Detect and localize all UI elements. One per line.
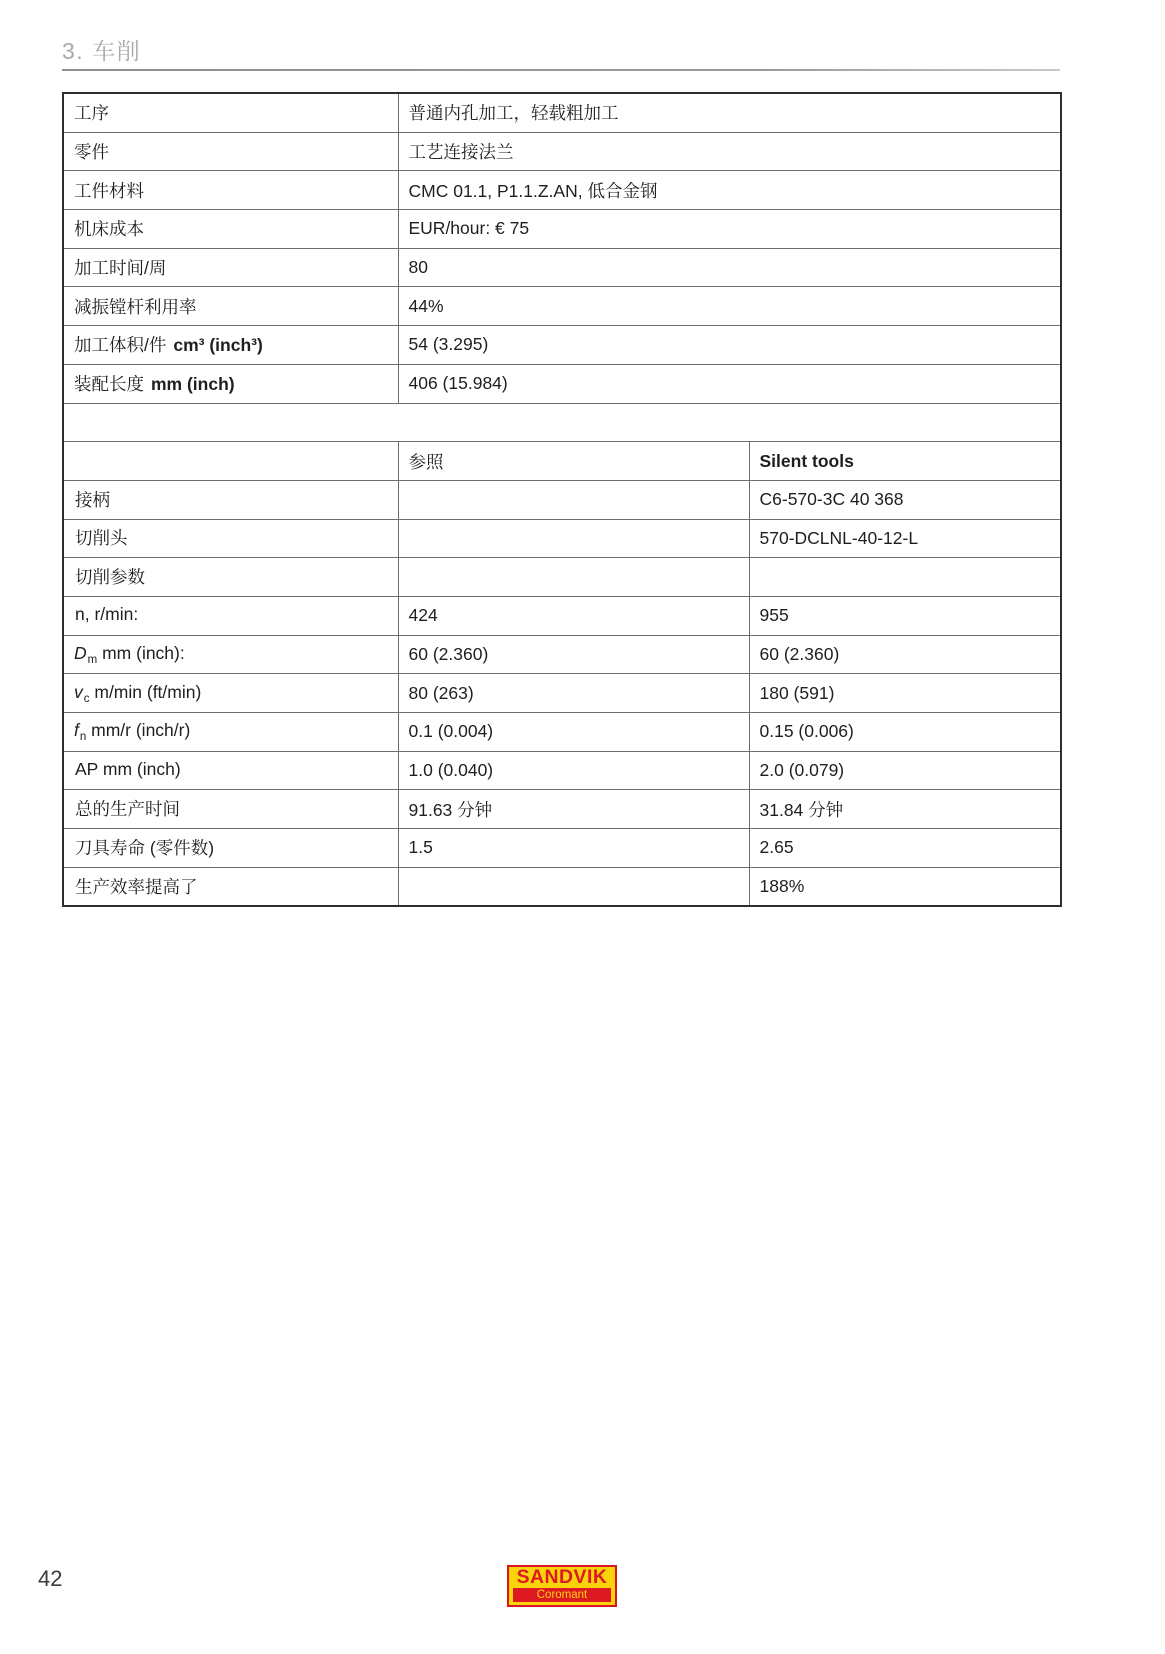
label-subscript: m: [88, 654, 98, 666]
label-text: 加工体积/件: [74, 335, 166, 355]
label-symbol: f: [74, 720, 79, 740]
table-row: 接柄 C6-570-3C 40 368: [63, 480, 1061, 519]
label-text: mm/r (inch/r): [86, 720, 190, 740]
silent-tools-value: 188%: [749, 867, 1061, 906]
row-label: vc m/min (ft/min): [63, 674, 398, 713]
row-value: 工艺连接法兰: [398, 132, 1061, 171]
reference-value: [398, 480, 749, 519]
table-row: AP mm (inch) 1.0 (0.040) 2.0 (0.079): [63, 751, 1061, 790]
table-row: 总的生产时间 91.63 分钟 31.84 分钟: [63, 790, 1061, 829]
label-text: 装配长度: [74, 374, 144, 394]
label-text: AP mm (inch): [75, 759, 181, 779]
label-text: 总的生产时间: [75, 799, 180, 819]
label-text: n, r/min:: [75, 604, 138, 624]
label-text: 零件: [74, 142, 109, 162]
row-label: 刀具寿命 (零件数): [63, 829, 398, 868]
spacer-row: [63, 403, 1061, 442]
reference-value: 1.5: [398, 829, 749, 868]
table-row: fn mm/r (inch/r) 0.1 (0.004) 0.15 (0.006…: [63, 713, 1061, 752]
reference-value: 60 (2.360): [398, 635, 749, 674]
label-text: 切削头: [75, 528, 128, 548]
row-label: [63, 442, 398, 481]
silent-tools-value: C6-570-3C 40 368: [749, 480, 1061, 519]
row-value: EUR/hour: € 75: [398, 210, 1061, 249]
table-row: 刀具寿命 (零件数) 1.5 2.65: [63, 829, 1061, 868]
section-title: 3. 车削: [62, 33, 141, 66]
silent-tools-value: 0.15 (0.006): [749, 713, 1061, 752]
column-header-reference: 参照: [398, 442, 749, 481]
label-text: 刀具寿命 (零件数): [75, 838, 214, 858]
column-header-silent-tools: Silent tools: [749, 442, 1061, 481]
table-row: 切削头 570-DCLNL-40-12-L: [63, 519, 1061, 558]
row-label: 机床成本: [63, 210, 398, 249]
reference-value: [398, 867, 749, 906]
row-label: 接柄: [63, 480, 398, 519]
label-text: 接柄: [75, 490, 110, 510]
reference-value: 80 (263): [398, 674, 749, 713]
label-text: 加工时间/周: [74, 258, 166, 278]
row-label: 工件材料: [63, 171, 398, 210]
row-label: AP mm (inch): [63, 751, 398, 790]
table-row: 零件 工艺连接法兰: [63, 132, 1061, 171]
table-row: vc m/min (ft/min) 80 (263) 180 (591): [63, 674, 1061, 713]
label-text: 生产效率提高了: [75, 877, 198, 897]
table-row: 工序 普通内孔加工，轻载粗加工: [63, 93, 1061, 132]
silent-tools-value: 31.84 分钟: [749, 790, 1061, 829]
silent-tools-value: 60 (2.360): [749, 635, 1061, 674]
row-label: fn mm/r (inch/r): [63, 713, 398, 752]
page-number: 42: [38, 1566, 62, 1592]
row-label: 零件: [63, 132, 398, 171]
silent-tools-value: [749, 558, 1061, 597]
label-unit: mm (inch): [151, 374, 235, 394]
header-rule: [62, 69, 1060, 71]
logo-subbrand-band: Coromant: [513, 1588, 611, 1602]
row-label: 生产效率提高了: [63, 867, 398, 906]
silent-tools-value: 2.0 (0.079): [749, 751, 1061, 790]
silent-tools-value: 2.65: [749, 829, 1061, 868]
row-value: 普通内孔加工，轻载粗加工: [398, 93, 1061, 132]
row-label: 减振镗杆利用率: [63, 287, 398, 326]
logo-brand-text: SANDVIK: [508, 1567, 616, 1588]
label-text: 减振镗杆利用率: [74, 297, 197, 317]
table-row: Dm mm (inch): 60 (2.360) 60 (2.360): [63, 635, 1061, 674]
reference-value: [398, 558, 749, 597]
row-label: 装配长度mm (inch): [63, 364, 398, 403]
table-row: n, r/min: 424 955: [63, 596, 1061, 635]
row-value: 406 (15.984): [398, 364, 1061, 403]
row-label: Dm mm (inch):: [63, 635, 398, 674]
label-unit: cm³ (inch³): [173, 335, 262, 355]
label-symbol: v: [74, 682, 83, 702]
row-value: 54 (3.295): [398, 326, 1061, 365]
table-row: 加工时间/周 80: [63, 248, 1061, 287]
column-header-row: 参照 Silent tools: [63, 442, 1061, 481]
table-row: 装配长度mm (inch) 406 (15.984): [63, 364, 1061, 403]
table-row: 切削参数: [63, 558, 1061, 597]
row-label: 切削参数: [63, 558, 398, 597]
reference-value: [398, 519, 749, 558]
reference-value: 91.63 分钟: [398, 790, 749, 829]
silent-tools-value: 570-DCLNL-40-12-L: [749, 519, 1061, 558]
silent-tools-value: 955: [749, 596, 1061, 635]
row-label: n, r/min:: [63, 596, 398, 635]
row-label: 加工体积/件cm³ (inch³): [63, 326, 398, 365]
table-row: 机床成本 EUR/hour: € 75: [63, 210, 1061, 249]
row-label: 切削头: [63, 519, 398, 558]
label-text: mm (inch):: [97, 643, 185, 663]
table-row: 加工体积/件cm³ (inch³) 54 (3.295): [63, 326, 1061, 365]
spacer-cell: [63, 403, 1061, 442]
label-text: m/min (ft/min): [90, 682, 202, 702]
reference-value: 1.0 (0.040): [398, 751, 749, 790]
row-value: CMC 01.1, P1.1.Z.AN, 低合金钢: [398, 171, 1061, 210]
row-label: 加工时间/周: [63, 248, 398, 287]
row-label: 总的生产时间: [63, 790, 398, 829]
label-text: 工序: [74, 103, 109, 123]
silent-tools-value: 180 (591): [749, 674, 1061, 713]
label-symbol: D: [74, 643, 87, 663]
sandvik-coromant-logo: SANDVIK Coromant: [507, 1565, 617, 1607]
reference-value: 0.1 (0.004): [398, 713, 749, 752]
table-row: 工件材料 CMC 01.1, P1.1.Z.AN, 低合金钢: [63, 171, 1061, 210]
table-row: 减振镗杆利用率 44%: [63, 287, 1061, 326]
logo-subbrand-text: Coromant: [537, 1589, 588, 1601]
row-value: 44%: [398, 287, 1061, 326]
label-text: 切削参数: [75, 567, 145, 587]
machining-comparison-table: 工序 普通内孔加工，轻载粗加工 零件 工艺连接法兰 工件材料 CMC 01.1,…: [62, 92, 1062, 907]
row-value: 80: [398, 248, 1061, 287]
reference-value: 424: [398, 596, 749, 635]
label-text: 机床成本: [74, 219, 144, 239]
row-label: 工序: [63, 93, 398, 132]
label-text: 工件材料: [74, 181, 144, 201]
table-row: 生产效率提高了 188%: [63, 867, 1061, 906]
